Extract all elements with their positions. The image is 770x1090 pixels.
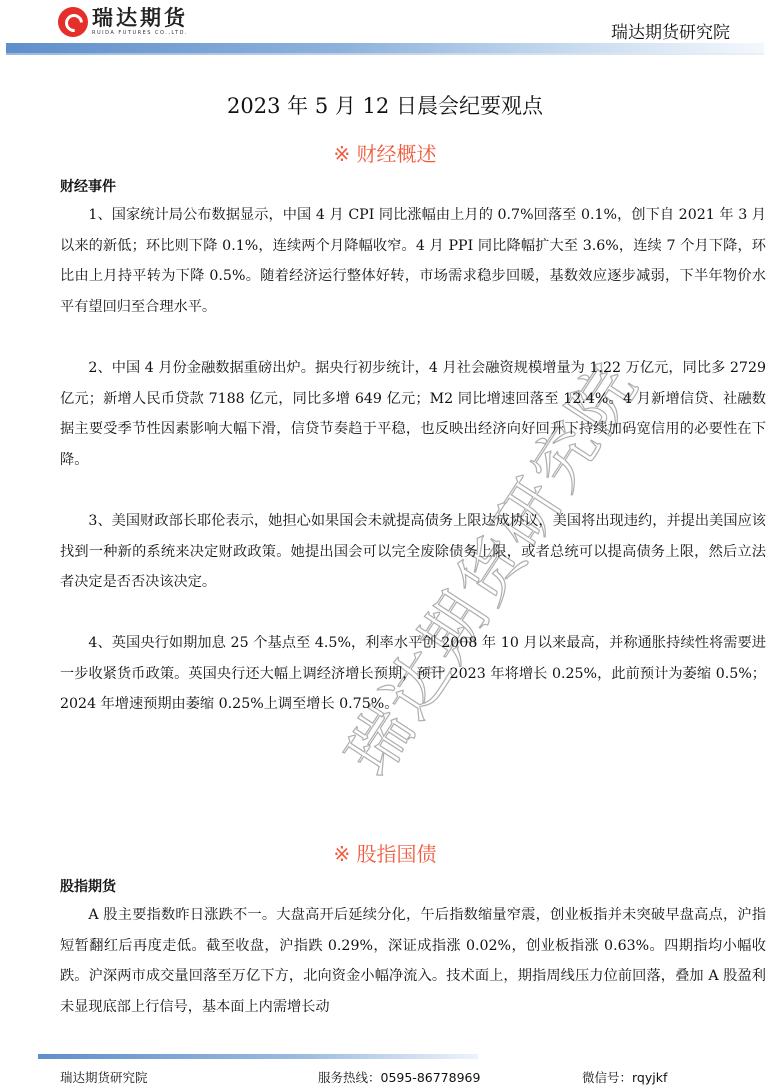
paragraph-a-share-market: A 股主要指数昨日涨跌不一。大盘高开后延续分化，午后指数缩量窄震，创业板指并未突… xyxy=(60,900,766,1022)
paragraph-cpi-ppi: 1、国家统计局公布数据显示，中国 4 月 CPI 同比涨幅由上月的 0.7%回落… xyxy=(60,200,766,322)
company-logo: 瑞达期货 RUIDA FUTURES CO.,LTD. xyxy=(58,6,188,37)
header-divider xyxy=(6,43,764,53)
subheading-finance-events: 财经事件 xyxy=(60,176,116,196)
footer-divider xyxy=(38,1054,478,1059)
page-header: 瑞达期货 RUIDA FUTURES CO.,LTD. 瑞达期货研究院 xyxy=(0,0,770,56)
logo-english-name: RUIDA FUTURES CO.,LTD. xyxy=(92,30,188,37)
page-footer: 瑞达期货研究院 服务热线：0595-86778969 微信号：rqyjkf xyxy=(0,1068,770,1088)
footer-hotline: 服务热线：0595-86778969 xyxy=(318,1068,480,1086)
logo-chinese-name: 瑞达期货 xyxy=(92,6,188,30)
footer-org-name: 瑞达期货研究院 xyxy=(60,1068,148,1086)
ruida-logo-icon xyxy=(58,7,88,37)
header-institute-name: 瑞达期货研究院 xyxy=(611,18,730,43)
footer-wechat: 微信号：rqyjkf xyxy=(582,1068,667,1086)
section-heading-finance-overview: ※ 财经概述 xyxy=(0,138,770,167)
subheading-stock-index-futures: 股指期货 xyxy=(60,876,116,896)
section-heading-stock-index-bonds: ※ 股指国债 xyxy=(0,838,770,867)
document-title: 2023 年 5 月 12 日晨会纪要观点 xyxy=(0,90,770,120)
paragraph-financial-data: 2、中国 4 月份金融数据重磅出炉。据央行初步统计，4 月社会融资规模增量为 1… xyxy=(60,353,766,475)
paragraph-boe-rate-hike: 4、英国央行如期加息 25 个基点至 4.5%，利率水平创 2008 年 10 … xyxy=(60,628,766,720)
paragraph-us-debt-ceiling: 3、美国财政部长耶伦表示，她担心如果国会未就提高债务上限达成协议，美国将出现违约… xyxy=(60,506,766,598)
